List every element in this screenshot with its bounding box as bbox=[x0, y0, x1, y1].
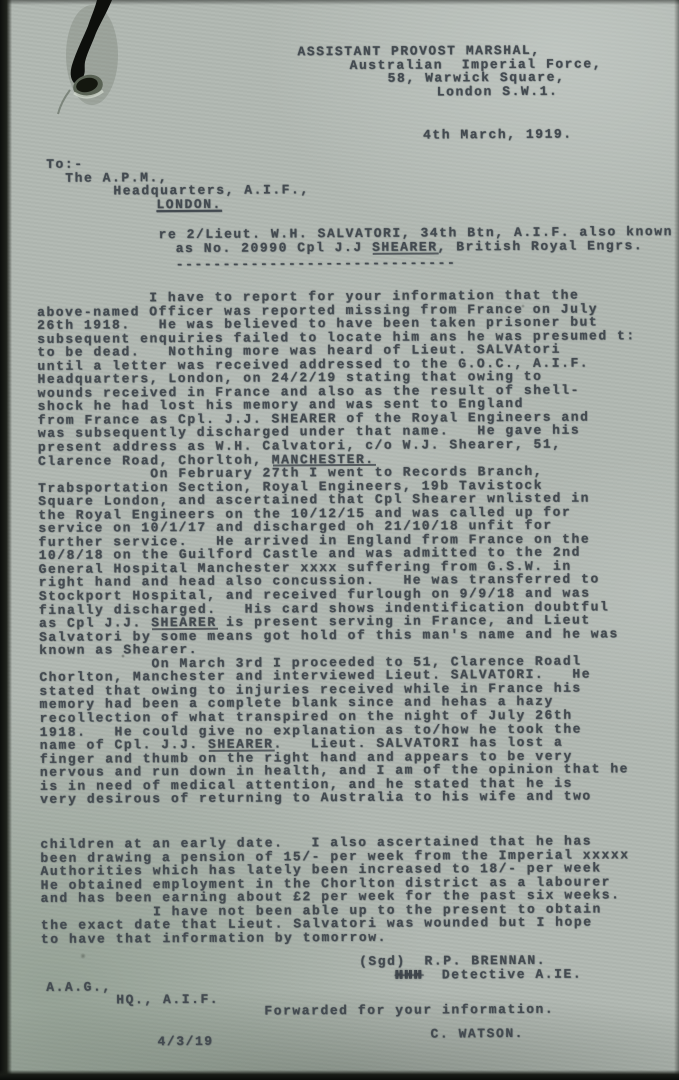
typed-text-layer: ASSISTANT PROVOST MARSHAL, Australian Im… bbox=[0, 0, 679, 1080]
letter-date: 4th March, 1919. bbox=[423, 128, 573, 142]
countersignature: C. WATSON. bbox=[430, 1027, 524, 1041]
text-line: Salvatori by some means got hold of this… bbox=[39, 627, 638, 644]
signer-role: Detective A.IE. bbox=[423, 966, 582, 982]
text-line: very desirous of returning to Australia … bbox=[40, 789, 639, 806]
letterhead-city: London S.W.1. bbox=[437, 84, 559, 98]
letter-body-block-2: children at an early date. I also ascert… bbox=[40, 834, 630, 946]
recipient-label: To:- bbox=[46, 158, 83, 172]
struck-out-text: HHH bbox=[395, 967, 423, 982]
recipient-city: LONDON. bbox=[156, 197, 222, 211]
text-line: to have that information by tomorrow. bbox=[41, 929, 630, 946]
forwarding-date: 4/3/19 bbox=[157, 1035, 213, 1049]
addressee-hq: HQ., A.I.F. bbox=[116, 993, 219, 1007]
subject-rule: ------------------------------ bbox=[176, 256, 457, 271]
letter-body-block-1: I have to report for your information th… bbox=[37, 288, 639, 806]
recipient-line: Headquarters, A.I.F., bbox=[113, 183, 309, 198]
signer-role-line: HHH Detective A.IE. bbox=[395, 967, 582, 982]
addressee-aag: A.A.G., bbox=[46, 980, 112, 994]
typewritten-letter-page: ASSISTANT PROVOST MARSHAL, Australian Im… bbox=[0, 0, 679, 1080]
forwarded-note: Forwarded for your information. bbox=[264, 1003, 554, 1018]
